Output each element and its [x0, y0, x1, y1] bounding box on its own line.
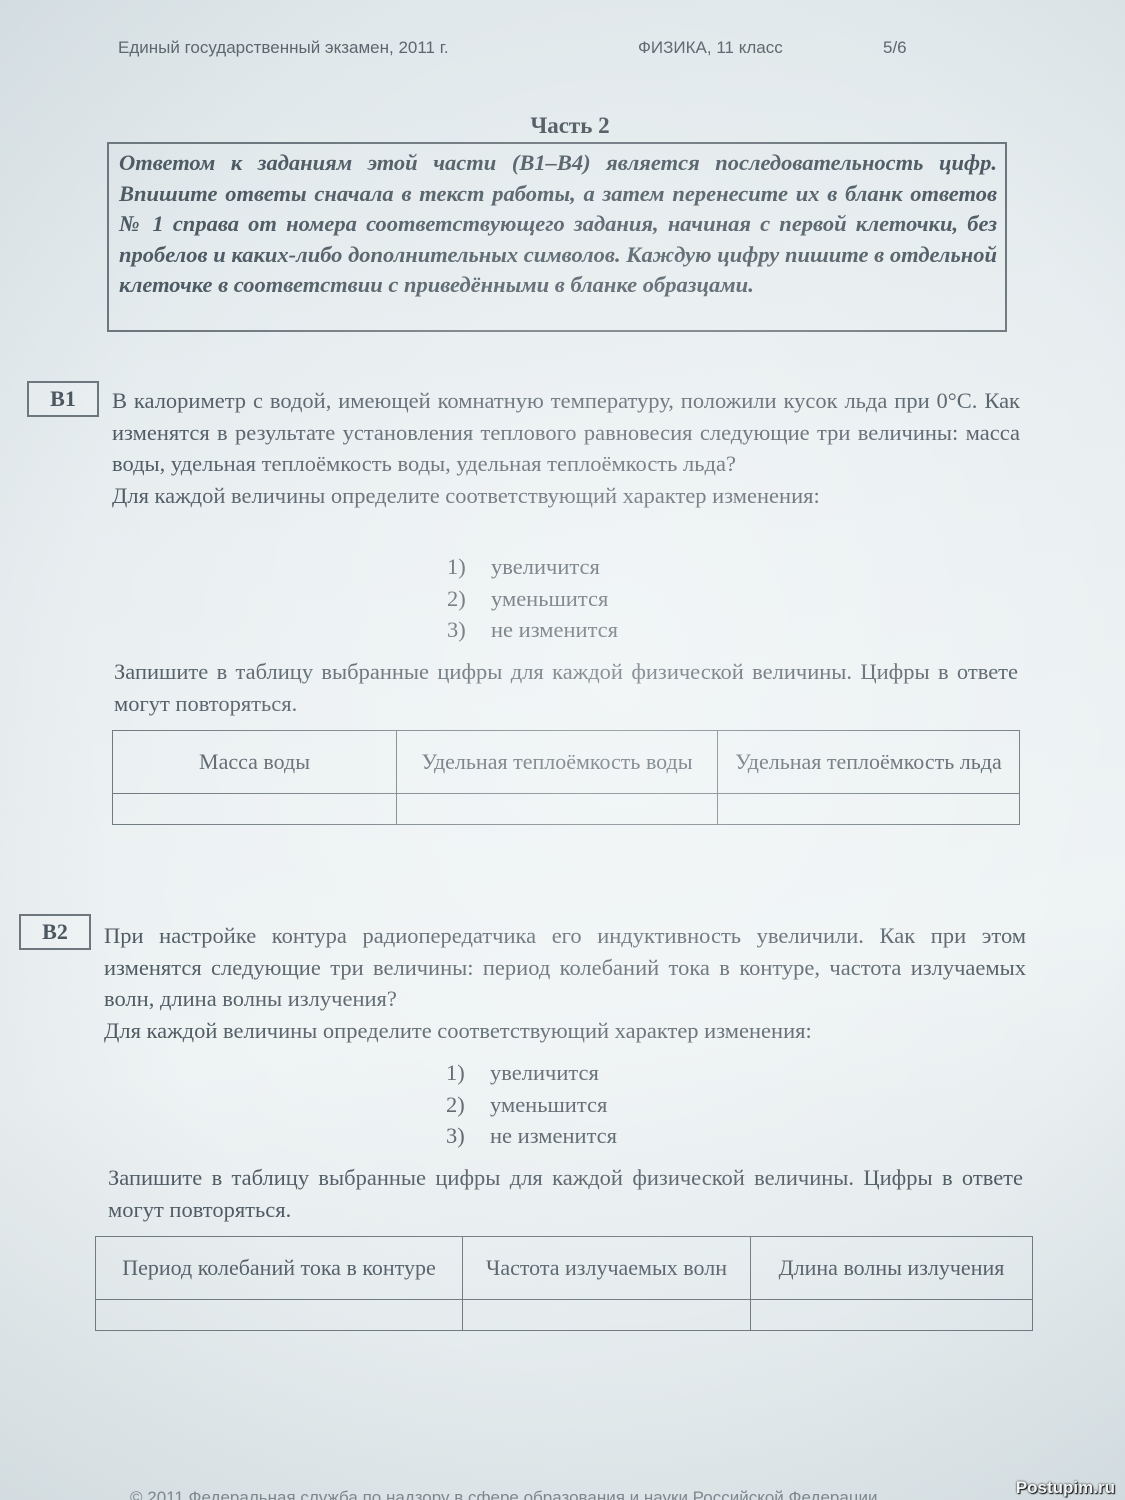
option: 3)не изменится	[447, 614, 618, 646]
answer-cell[interactable]	[463, 1300, 751, 1331]
exam-page: Единый государственный экзамен, 2011 г. …	[0, 0, 1125, 1500]
column-header: Удельная теплоёмкость воды	[397, 731, 718, 794]
page-header: Единый государственный экзамен, 2011 г. …	[118, 38, 918, 62]
exam-title: Единый государственный экзамен, 2011 г.	[118, 38, 449, 58]
task-b2-options: 1)увеличится 2)уменьшится 3)не изменится	[446, 1057, 617, 1152]
task-b1-options: 1)увеличится 2)уменьшится 3)не изменится	[447, 551, 618, 646]
column-header: Удельная теплоёмкость льда	[718, 731, 1020, 794]
column-header: Период колебаний тока в контуре	[96, 1237, 463, 1300]
task-b2-question: При настройке контура радиопередатчика е…	[104, 920, 1026, 1046]
task-b2-prompt: Для каждой величины определите соответст…	[104, 1015, 1026, 1047]
answer-cell[interactable]	[718, 794, 1020, 825]
option: 2)уменьшится	[446, 1089, 617, 1121]
task-b1-answer-table: Масса воды Удельная теплоёмкость воды Уд…	[112, 730, 1020, 825]
task-label-b1: B1	[27, 381, 99, 417]
task-b2-table-instruction: Запишите в таблицу выбранные цифры для к…	[108, 1162, 1023, 1225]
task-b1-prompt: Для каждой величины определите соответст…	[112, 480, 1020, 512]
task-b1-question-text: В калориметр с водой, имеющей комнатную …	[112, 385, 1020, 480]
part-title: Часть 2	[0, 113, 1125, 139]
site-watermark: Postupim.ru	[1016, 1478, 1115, 1498]
answer-cell[interactable]	[751, 1300, 1033, 1331]
answer-cell[interactable]	[96, 1300, 463, 1331]
subject-title: ФИЗИКА, 11 класс	[638, 38, 783, 58]
page-number: 5/6	[883, 38, 907, 58]
option: 1)увеличится	[446, 1057, 617, 1089]
column-header: Масса воды	[113, 731, 397, 794]
task-b1-table-instruction: Запишите в таблицу выбранные цифры для к…	[114, 656, 1018, 719]
task-label-b2: B2	[19, 914, 91, 950]
copyright-footer: © 2011 Федеральная служба по надзору в с…	[130, 1488, 990, 1500]
part-instruction: Ответом к заданиям этой части (B1–B4) яв…	[107, 142, 1007, 332]
option: 3)не изменится	[446, 1120, 617, 1152]
option: 1)увеличится	[447, 551, 618, 583]
task-b1-question: В калориметр с водой, имеющей комнатную …	[112, 385, 1020, 511]
column-header: Длина волны излучения	[751, 1237, 1033, 1300]
column-header: Частота излучаемых волн	[463, 1237, 751, 1300]
task-b2-answer-table: Период колебаний тока в контуре Частота …	[95, 1236, 1033, 1331]
task-b2-question-text: При настройке контура радиопередатчика е…	[104, 920, 1026, 1015]
option: 2)уменьшится	[447, 583, 618, 615]
answer-cell[interactable]	[113, 794, 397, 825]
answer-cell[interactable]	[397, 794, 718, 825]
